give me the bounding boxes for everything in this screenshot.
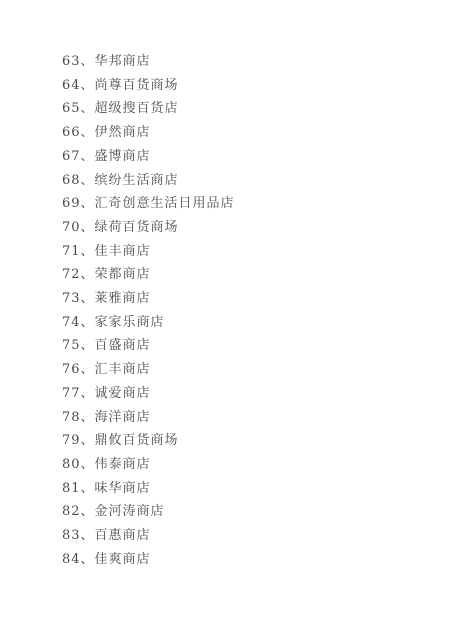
item-name: 汇丰商店 [95,362,151,377]
item-number: 76、 [62,362,95,377]
item-name: 伊然商店 [95,125,151,140]
list-item: 81、味华商店 [62,477,421,501]
list-item: 63、华邦商店 [62,50,421,74]
item-number: 73、 [62,291,95,306]
item-number: 69、 [62,196,95,211]
list-item: 79、鼎攸百货商场 [62,429,421,453]
item-name: 莱雅商店 [95,291,151,306]
list-item: 75、百盛商店 [62,334,421,358]
item-number: 68、 [62,173,95,188]
item-name: 诚爱商店 [95,386,151,401]
item-number: 75、 [62,338,95,353]
item-number: 81、 [62,481,95,496]
list-item: 80、伟泰商店 [62,453,421,477]
item-number: 82、 [62,504,95,519]
list-item: 84、佳爽商店 [62,548,421,572]
item-name: 百盛商店 [95,338,151,353]
item-name: 荣都商店 [95,267,151,282]
list-item: 68、缤纷生活商店 [62,169,421,193]
item-name: 金河涛商店 [95,504,165,519]
item-name: 佳丰商店 [95,244,151,259]
list-item: 78、海洋商店 [62,406,421,430]
item-name: 华邦商店 [95,54,151,69]
item-number: 70、 [62,220,95,235]
item-name: 家家乐商店 [95,315,165,330]
item-name: 超级搜百货店 [95,101,179,116]
document-page: 63、华邦商店64、尚尊百货商场65、超级搜百货店66、伊然商店67、盛博商店6… [0,0,451,639]
item-number: 74、 [62,315,95,330]
list-item: 77、诚爱商店 [62,382,421,406]
list-item: 64、尚尊百货商场 [62,74,421,98]
item-number: 71、 [62,244,95,259]
item-number: 80、 [62,457,95,472]
store-list: 63、华邦商店64、尚尊百货商场65、超级搜百货店66、伊然商店67、盛博商店6… [62,50,421,571]
item-name: 绿荷百货商场 [95,220,179,235]
item-name: 海洋商店 [95,410,151,425]
item-name: 佳爽商店 [95,552,151,567]
item-name: 伟泰商店 [95,457,151,472]
item-number: 79、 [62,433,95,448]
item-number: 77、 [62,386,95,401]
item-name: 盛博商店 [95,149,151,164]
item-number: 63、 [62,54,95,69]
item-name: 尚尊百货商场 [95,78,179,93]
item-name: 百惠商店 [95,528,151,543]
item-name: 鼎攸百货商场 [95,433,179,448]
item-number: 84、 [62,552,95,567]
item-number: 72、 [62,267,95,282]
item-name: 汇奇创意生活日用品店 [95,196,235,211]
item-number: 78、 [62,410,95,425]
item-name: 缤纷生活商店 [95,173,179,188]
list-item: 65、超级搜百货店 [62,97,421,121]
item-number: 66、 [62,125,95,140]
list-item: 76、汇丰商店 [62,358,421,382]
item-number: 83、 [62,528,95,543]
list-item: 83、百惠商店 [62,524,421,548]
list-item: 73、莱雅商店 [62,287,421,311]
item-name: 味华商店 [95,481,151,496]
item-number: 67、 [62,149,95,164]
item-number: 65、 [62,101,95,116]
list-item: 70、绿荷百货商场 [62,216,421,240]
list-item: 67、盛博商店 [62,145,421,169]
list-item: 69、汇奇创意生活日用品店 [62,192,421,216]
list-item: 71、佳丰商店 [62,240,421,264]
list-item: 82、金河涛商店 [62,500,421,524]
list-item: 72、荣都商店 [62,263,421,287]
list-item: 74、家家乐商店 [62,311,421,335]
list-item: 66、伊然商店 [62,121,421,145]
item-number: 64、 [62,78,95,93]
